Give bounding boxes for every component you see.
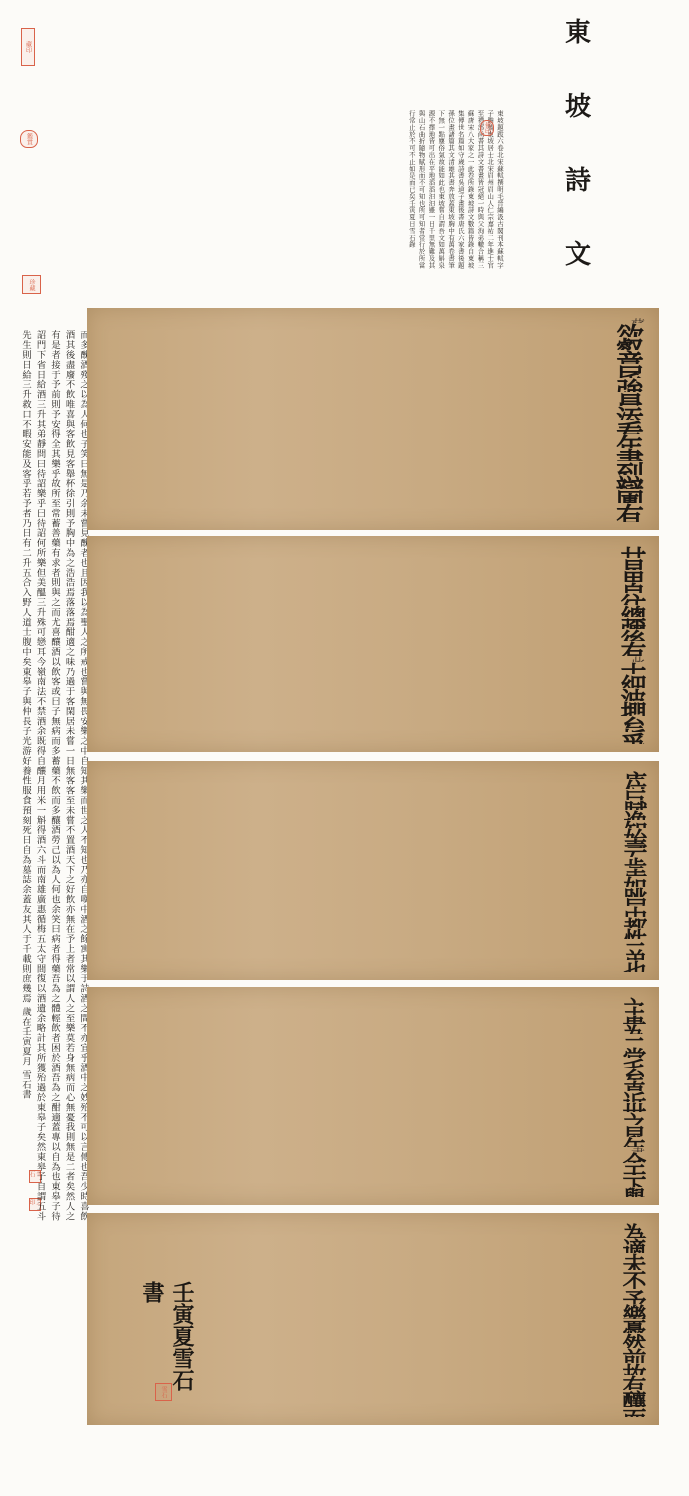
text-column: 細皴其善者不過能為: [95, 674, 647, 687]
text-column: 古今畫水多作平遠: [95, 662, 647, 674]
text-column: 逸其後蜀人黃筌孫: [95, 810, 647, 820]
text-column: 尾雖勤知奈何兒童: [95, 364, 647, 378]
text-column: 矣然其品格特與印: [95, 716, 647, 728]
text-column: 看北斗斜明年豈無: [95, 420, 647, 434]
text-column: 爭工拙於毫釐間耳: [95, 732, 647, 744]
text-column: 強不睡相守夜歡譁: [95, 378, 647, 392]
text-column: 往一酌仍為參寥妙: [95, 593, 647, 605]
text-column: 故所至常蓄善藥: [227, 1363, 647, 1375]
text-column: 星院竹極偉其傍智: [95, 558, 647, 570]
text-column: 年十二月十八日夜: [95, 1137, 647, 1147]
text-column: 始知微欲於大慈寺: [95, 828, 647, 838]
scroll-title: 東 坡 詩 文: [553, 18, 603, 270]
colophon-text: 而多醜酒殘之以為人何也子笑曰無是乃余未嘗見醜者也且因我以為聖人之所戒也嘗與無畏安…: [22, 330, 90, 1230]
text-column: 真者亦少如往時董羽: [95, 1080, 647, 1092]
text-column: 為之浩浩焉落落焉酣: [227, 1223, 647, 1238]
text-column: 中絕五十餘年近歲成: [95, 906, 647, 917]
text-column: 到杭州一遊龍井謁: [95, 461, 647, 475]
text-column: 二孫本意自黃居寀兄: [95, 939, 647, 950]
text-column: 去遇其欲畫不擇: [95, 1006, 647, 1015]
text-column: 後高峯塔一上五里: [95, 629, 647, 641]
text-column: 有僧不下二十餘年不到: [95, 641, 647, 656]
text-column: 位始出新意畫奔湍: [95, 779, 647, 789]
text-column: 二十四幅每夏日挂之高: [95, 1034, 647, 1047]
introduction-text: 東坡題跋六卷北宋蘇軾撰明毛晉編汲古閣刊本蘇軾字子瞻號東坡居士北宋眉州眉山人仁宗嘉…: [272, 110, 504, 275]
text-column: 毛髮為立永昇今老: [95, 1058, 647, 1068]
text-column-note: 此居之四人遊浙東: [95, 656, 647, 663]
artist-signature: 壬寅夏雪石書: [137, 1281, 197, 1391]
text-column: 予上者常以謂人之至: [227, 1289, 647, 1304]
text-column: 捫之謂有窪隆以為至妙: [95, 701, 647, 716]
text-column: 晨雞且勿唱更鼓畏: [95, 392, 647, 406]
text-column: 泉皆甘冷異常當時: [95, 582, 647, 594]
text-column: 然人之有是者接於予: [227, 1333, 647, 1348]
text-column: 巨浪與山石曲折隨物: [95, 789, 647, 800]
text-column: 果院有參寥泉及新: [95, 570, 647, 582]
title-char-2: 坡: [565, 92, 591, 122]
text-column: 唐廣明中處士孫: [95, 771, 647, 779]
collection-seal-icon: 珍藏: [22, 275, 41, 294]
text-column: 之永昇輒嘻笑捨: [95, 997, 647, 1006]
artist-seal-icon: 雪石: [155, 1383, 172, 1401]
text-column: 肯下筆一日倉皇入寺: [95, 857, 647, 868]
text-column: 跳蹙之勢洶洶欲崩: [95, 887, 647, 897]
text-column: 適之味乃過於客閑居: [227, 1238, 647, 1253]
text-column: 都人蒲永昇嗜酒放浪: [95, 917, 647, 928]
text-column: 石四堵營度經歲終: [95, 848, 647, 858]
text-column: 甘嘗傳一杯湖上壽: [95, 546, 647, 558]
text-column: 之流可謂死水未可與永: [95, 1112, 647, 1125]
calligraphy-panel-1: 蘇東坡守歲 欲知垂盡歲有似赴 壑蛇修鱗半已沒去 意誰能遮況欲繫其 尾雖勤知奈何兒…: [87, 308, 659, 530]
text-column: 不置酒天下之好飲亦無在: [227, 1270, 647, 1289]
calligraphy-panel-3: 唐廣明中處士孫 位始出新意畫奔湍 巨浪與山石曲折隨物 賦形盡水之變號稱神 逸其後…: [87, 761, 659, 980]
intro-seal-icon: 佛印: [480, 120, 494, 136]
text-column: 壑蛇修鱗半已沒去: [95, 337, 647, 351]
text-column: 憂我則無是二者矣: [227, 1319, 647, 1333]
text-column: 矣畫亦難得而世之識: [95, 1068, 647, 1080]
text-column: 有求者則與之而尤喜: [227, 1375, 647, 1390]
calligraphy-panel-5: 為之浩浩焉落落焉酣 適之味乃過於客閑居 未嘗一日無客客至未嘗 不置酒天下之好飲亦…: [87, 1213, 659, 1425]
text-column: 性與畫會始作活水得: [95, 928, 647, 939]
title-char-1: 東: [565, 18, 591, 48]
text-column: 欲知垂盡歲有似赴: [95, 323, 647, 337]
text-column: 世或傳寶之如董戚: [95, 1102, 647, 1112]
text-column: 樂莫若身無病而心無: [227, 1304, 647, 1319]
text-column: 未嘗一日無客客至未嘗: [227, 1253, 647, 1270]
text-column: 為余臨壽寧院水作: [95, 1024, 647, 1034]
text-column: 昇同年而語也元豐三: [95, 1125, 647, 1137]
title-char-4: 文: [565, 240, 591, 270]
text-column: 堂素壁即陰風襲人: [95, 1047, 647, 1057]
text-column: 彌二當政意靈隱寺: [95, 617, 647, 629]
text-column: 屋也知微既死筆法: [95, 897, 647, 907]
text-column: 賦形盡水之變號稱神: [95, 800, 647, 811]
appreciation-seal-icon: 鑑賞: [20, 130, 38, 148]
text-column: 辯才遺像仍持密雲: [95, 475, 647, 489]
text-column: 弟李懷袞之流皆不及: [95, 949, 647, 960]
text-column: 有石室室前有六一泉白而: [95, 503, 647, 522]
text-column: 余飲酒終日不過五合: [95, 1152, 647, 1164]
text-column: 而多蓄藥不飲: [227, 1407, 647, 1417]
text-column: 如風須臾而成作輸瀉: [95, 876, 647, 887]
text-column: 知微皆得其筆法: [95, 820, 647, 828]
title-char-3: 詩: [565, 166, 591, 196]
calligraphy-panel-2: 甘嘗傳一杯湖上壽 星院竹極偉其傍智 果院有參寥泉及新 泉皆甘冷異常當時 往一酌仍…: [87, 536, 659, 752]
text-column: 近日常州戚氏畫水: [95, 1091, 647, 1101]
text-column: 添撾坐久燈燼落起: [95, 406, 647, 420]
calligraphy-panel-4: 之永昇輒嘻笑捨 去遇其欲畫不擇 貴賤頃刻而成嘗 為余臨壽寧院水作 二十四幅每夏日…: [87, 987, 659, 1205]
text-column: 波頭起伏使人至以手: [95, 688, 647, 701]
text-column: 盡今夕少年猶可誇: [95, 448, 647, 462]
text-column: 年心事恐蹉跎努力: [95, 434, 647, 448]
text-column: 釀酒以飲客或曰子無病: [227, 1390, 647, 1407]
text-column: 意誰能遮況欲繫其: [95, 350, 647, 364]
text-column: 貴賤頃刻而成嘗: [95, 1015, 647, 1024]
text-column: 天下之不能飲無在予: [95, 1163, 647, 1175]
text-column: 壽寧院壁作湖灘水: [95, 838, 647, 848]
text-column: 舉杯徐引則予胸中: [95, 1187, 647, 1197]
text-column: 團為獻龍井孤山下: [95, 489, 647, 503]
text-column: 索筆墨甚急奮袂: [95, 868, 647, 876]
collector-seal-icon: 藏印: [21, 28, 35, 66]
text-column: 總師又遺之見穎沙: [95, 605, 647, 617]
text-column: 前則予安得全其樂乎: [227, 1348, 647, 1363]
text-column: 也王公富人或以勢力使: [95, 960, 647, 972]
text-column: 下者然喜人飲酒見客: [95, 1175, 647, 1187]
